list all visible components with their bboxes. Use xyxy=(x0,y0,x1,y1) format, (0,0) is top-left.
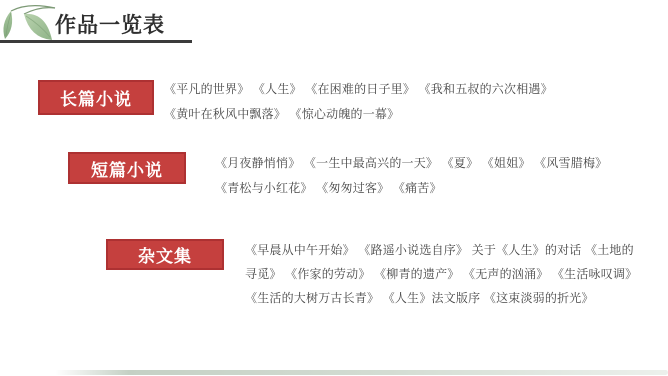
works-line: 《平凡的世界》 《人生》 《在困难的日子里》 《我和五叔的六次相遇》 xyxy=(164,77,553,102)
section-works-short-stories: 《月夜静悄悄》 《一生中最高兴的一天》 《夏》 《姐姐》 《风雪腊梅》 《青松与… xyxy=(215,151,607,201)
section-works-essays: 《早晨从中午开始》 《路遥小说选自序》 关于《人生》的对话 《土地的 寻觅》 《… xyxy=(245,238,637,310)
title-underline xyxy=(0,40,192,43)
works-line: 《月夜静悄悄》 《一生中最高兴的一天》 《夏》 《姐姐》 《风雪腊梅》 xyxy=(215,151,607,176)
works-line: 寻觅》 《作家的劳动》 《柳青的遗产》 《无声的汹涌》 《生活咏叹调》 xyxy=(245,262,637,286)
works-line: 《黄叶在秋风中飘落》 《惊心动魄的一幕》 xyxy=(164,102,553,127)
page-title: 作品一览表 xyxy=(55,9,165,39)
section-label-short-stories: 短篇小说 xyxy=(68,152,186,184)
works-line: 《早晨从中午开始》 《路遥小说选自序》 关于《人生》的对话 《土地的 xyxy=(245,238,637,262)
watercolor-bottom-streak xyxy=(55,370,668,375)
section-label-novels: 长篇小说 xyxy=(38,80,154,115)
works-line: 《青松与小红花》 《匆匆过客》 《痛苦》 xyxy=(215,176,607,201)
slide-canvas: 作品一览表 长篇小说 《平凡的世界》 《人生》 《在困难的日子里》 《我和五叔的… xyxy=(0,0,668,376)
works-line: 《生活的大树万古长青》 《人生》法文版序 《这束淡弱的折光》 xyxy=(245,286,637,310)
section-works-novels: 《平凡的世界》 《人生》 《在困难的日子里》 《我和五叔的六次相遇》 《黄叶在秋… xyxy=(164,77,553,127)
section-label-essays: 杂文集 xyxy=(106,239,224,270)
